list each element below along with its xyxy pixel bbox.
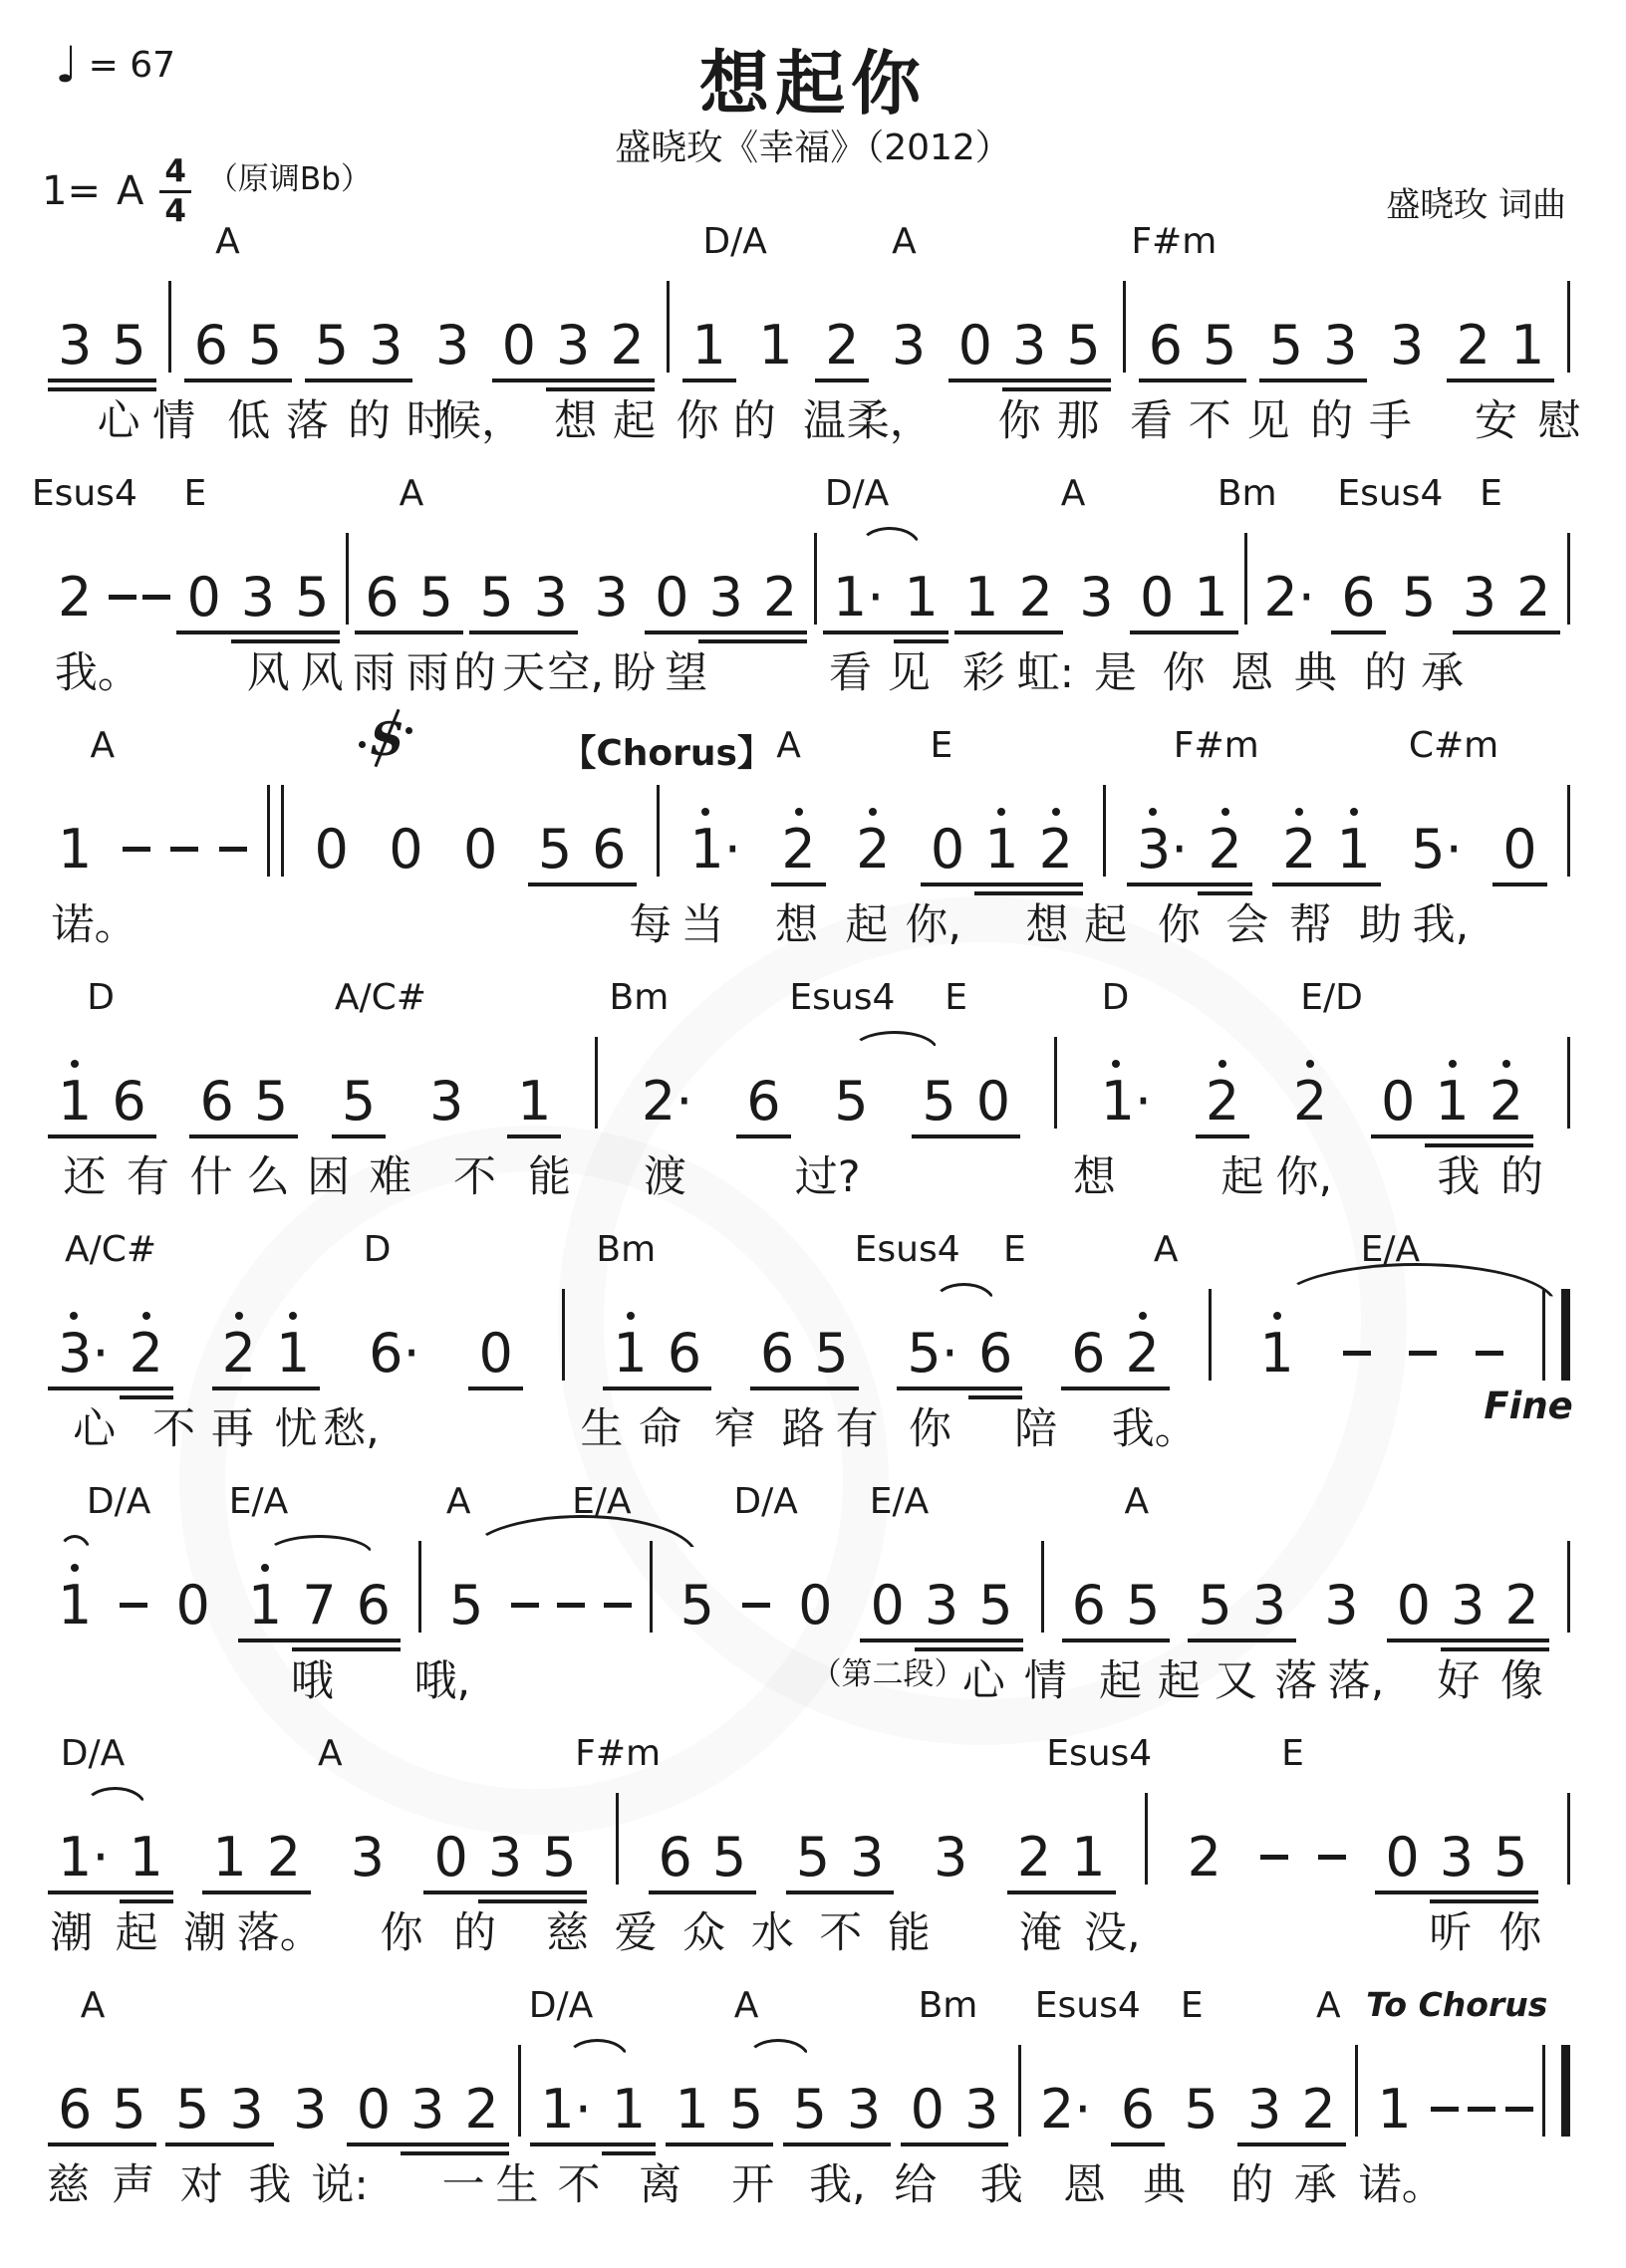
lyric-syllable: 典 xyxy=(1294,648,1337,700)
barline xyxy=(616,1793,619,1885)
note-number: 0 xyxy=(1502,818,1536,881)
lyric-syllable: 能 xyxy=(888,1908,931,1960)
note-number: 2 xyxy=(856,818,890,881)
chord-label: D/A xyxy=(61,1733,125,1774)
note-number: 1 xyxy=(613,1322,647,1385)
beam-group: 1 xyxy=(748,319,802,373)
note-token: 6 xyxy=(1062,1579,1116,1633)
chord-label: F#m xyxy=(1174,725,1259,766)
note-number: 2 xyxy=(222,1322,256,1385)
lyric-syllable: 想 xyxy=(1026,900,1069,952)
note-token: 2 xyxy=(120,1327,173,1381)
lyrics-row: 还有什么困难不能渡过?想起你,我的 xyxy=(0,1152,1626,1210)
note-number: 2 xyxy=(825,314,859,377)
lyric-syllable: 我 xyxy=(248,2160,291,2212)
note-number: 5 xyxy=(479,566,513,629)
chord-label: E/A xyxy=(229,1481,289,1522)
beam-group: 65 xyxy=(48,2083,156,2137)
note-token: 5 xyxy=(702,1831,756,1885)
duration-dash xyxy=(120,1579,147,1633)
barline xyxy=(1123,281,1126,373)
beam-group: 1· xyxy=(679,823,751,877)
music-system: AS【Chorus】AEF#mC#m1000561·220123·2215·0诺… xyxy=(0,725,1626,977)
lyric-syllable: 的 xyxy=(1500,1152,1543,1204)
beam-group: 2· xyxy=(1030,2083,1102,2137)
note-number: 2 xyxy=(610,314,644,377)
beam-group: 16 xyxy=(603,1327,711,1381)
note-number: 3 xyxy=(58,314,92,377)
note-number: 2 xyxy=(1504,1574,1538,1637)
note-token: 5 xyxy=(912,1075,965,1129)
beam-group: 1· xyxy=(1091,1075,1163,1129)
beam-group: 2 xyxy=(846,823,900,877)
note-token: 6 xyxy=(1111,2083,1165,2137)
beam-group: 0 xyxy=(468,1327,522,1381)
lyric-syllable: 你 xyxy=(1158,900,1201,952)
note-token: 2 xyxy=(771,823,825,877)
note-number: 3 xyxy=(488,1826,522,1889)
beam-group: 0 xyxy=(788,1579,842,1633)
chord-label: Esus4 xyxy=(1337,473,1443,514)
lyric-syllable: 有 xyxy=(127,1152,169,1204)
beam-group: 2 xyxy=(1178,1831,1231,1885)
section-tag: 【Chorus】 xyxy=(560,725,773,776)
note-token: 0 xyxy=(1371,1075,1425,1129)
beam-group: 32 xyxy=(1237,2083,1346,2137)
lyric-syllable: 承 xyxy=(1294,2160,1337,2212)
slur-arc xyxy=(566,2039,629,2059)
lyric-syllable: 盼 xyxy=(613,648,656,700)
note-number: 3 xyxy=(964,2078,998,2141)
note-token: 6 xyxy=(582,823,636,877)
note-number: 5 xyxy=(729,2078,763,2141)
note-number: 3 xyxy=(351,1826,385,1889)
note-number: 3 xyxy=(1252,1574,1286,1637)
lyric-syllable: 你 xyxy=(998,396,1041,448)
note-number: 0 xyxy=(433,1826,467,1889)
note-number: 3 xyxy=(925,1574,958,1637)
note-number: 6 xyxy=(1072,1574,1106,1637)
lyric-syllable: 起 xyxy=(1158,1656,1201,1708)
beam-group: 35 xyxy=(48,319,156,373)
lyric-syllable: 柔， xyxy=(847,396,933,448)
note-token: 5 xyxy=(1116,1579,1170,1633)
note-token: 6 xyxy=(355,571,408,625)
lyrics-row: 慈声对我说:一生不离开我,给我恩典的承诺。 xyxy=(0,2160,1626,2218)
barline xyxy=(168,281,171,373)
duration-dash xyxy=(1318,1831,1346,1885)
beam-group: 035 xyxy=(1375,1831,1537,1885)
note-number: 0 xyxy=(911,2078,945,2141)
note-number: 2 xyxy=(1206,1070,1239,1133)
note-token: 3 xyxy=(524,571,578,625)
note-number: 3 xyxy=(241,566,275,629)
lyric-syllable: 虹: xyxy=(1017,648,1075,700)
barline xyxy=(1103,785,1106,877)
beam-group: 3 xyxy=(1069,571,1123,625)
key-signature-row: 1= A 4 4 （原调Bb） xyxy=(42,155,372,227)
beam-group: 01 xyxy=(1130,571,1238,625)
note-token: 3 xyxy=(1242,1579,1296,1633)
beam-group: 21 xyxy=(1007,1831,1116,1885)
lyric-syllable: 典 xyxy=(1143,2160,1186,2212)
note-number: 0 xyxy=(186,566,220,629)
note-number: 0 xyxy=(357,2078,391,2141)
lyric-syllable: 你, xyxy=(905,900,961,952)
lyric-syllable: 诺。 xyxy=(52,900,137,952)
note-number: 1· xyxy=(58,1826,110,1889)
note-number: 6 xyxy=(365,566,399,629)
note-number: 5 xyxy=(542,1826,576,1889)
lyric-syllable: 难 xyxy=(369,1152,411,1204)
note-number: 6 xyxy=(746,1070,780,1133)
note-token: 3 xyxy=(584,571,638,625)
note-token: 6 xyxy=(347,1579,401,1633)
note-token: 1· xyxy=(679,823,751,877)
note-number: 1 xyxy=(984,818,1018,881)
barline xyxy=(657,785,660,877)
chord-label: E xyxy=(183,473,206,514)
beam-group: 1 xyxy=(1367,2083,1421,2137)
chord-label: D/A xyxy=(825,473,889,514)
barline xyxy=(346,533,349,625)
lyric-syllable: 恩 xyxy=(1063,2160,1106,2212)
lyric-syllable: 的 xyxy=(1310,396,1353,448)
note-token: 3 xyxy=(425,319,479,373)
chord-label: A xyxy=(1124,1481,1149,1522)
beam-group: 2 xyxy=(815,319,869,373)
lyric-syllable: 你 xyxy=(1498,1908,1541,1960)
barline xyxy=(1018,2045,1021,2137)
note-number: 3 xyxy=(934,1826,967,1889)
note-number: 3 xyxy=(708,566,742,629)
lyric-syllable: 彩 xyxy=(962,648,1005,700)
note-token: 6 xyxy=(736,1075,790,1129)
beam-group: 65 xyxy=(189,1075,298,1129)
note-number: 2 xyxy=(464,2078,498,2141)
note-number: 5 xyxy=(712,1826,746,1889)
lyric-syllable: 慈 xyxy=(546,1908,589,1960)
note-token: 2 xyxy=(212,1327,266,1381)
note-number: 1 xyxy=(248,1574,282,1637)
note-token: 1 xyxy=(894,571,948,625)
note-number: 5 xyxy=(1126,1574,1160,1637)
lyric-syllable: 的 xyxy=(733,396,776,448)
chord-label: E xyxy=(931,725,953,766)
lyrics-row: 心不再忧愁,生命窄路有你陪我。 xyxy=(0,1404,1626,1462)
octave-dot xyxy=(997,808,1005,816)
octave-dot xyxy=(869,808,877,816)
slur-arc xyxy=(851,1031,939,1051)
lyric-syllable: 我, xyxy=(1413,900,1470,952)
note-number: 5 xyxy=(419,566,453,629)
beam-group: 3 xyxy=(1380,319,1434,373)
music-system: D/AE/AAE/AD/AE/AA1017655003565533032哦哦,（… xyxy=(0,1481,1626,1733)
note-token: 1 xyxy=(48,1579,102,1633)
note-number: 0 xyxy=(1140,566,1174,629)
note-token: 5 xyxy=(1484,1831,1537,1885)
note-number: 0 xyxy=(976,1070,1010,1133)
note-number: 1· xyxy=(689,818,741,881)
note-token: 2 xyxy=(1009,571,1063,625)
lyric-syllable: 生 xyxy=(580,1404,623,1456)
note-token: 1· xyxy=(823,571,895,625)
note-token: 2 xyxy=(753,571,807,625)
lyric-syllable: 诺。 xyxy=(1359,2160,1445,2212)
chord-row: AD/AABmEsus4EATo Chorus xyxy=(0,1985,1626,2027)
note-token: 1 xyxy=(1500,319,1554,373)
note-token: 2 xyxy=(257,1831,311,1885)
beam-group: 65 xyxy=(750,1327,859,1381)
lyric-syllable: 你 xyxy=(909,1404,951,1456)
note-number: 1 xyxy=(1259,1322,1293,1385)
barline xyxy=(1054,1037,1057,1129)
duration-dash xyxy=(1409,1327,1437,1381)
note-number: 5 xyxy=(680,1574,714,1637)
chord-label: A xyxy=(776,725,801,766)
note-token: 1 xyxy=(602,2083,656,2137)
lyric-syllable: 那 xyxy=(1057,396,1100,448)
chord-label: D/A xyxy=(87,1481,150,1522)
lyric-syllable: 起 xyxy=(845,900,888,952)
duration-dash xyxy=(1431,2083,1459,2137)
notes-row: 1·112303565533212035 xyxy=(48,1785,1570,1885)
note-number: 5 xyxy=(1493,1826,1527,1889)
note-token: 1 xyxy=(1367,2083,1421,2137)
lyric-syllable: 帮 xyxy=(1289,900,1332,952)
note-number: 6 xyxy=(978,1322,1012,1385)
note-token: 5 xyxy=(1259,319,1313,373)
octave-dot xyxy=(1052,808,1060,816)
note-token: 3 xyxy=(915,1579,968,1633)
lyric-syllable: 能 xyxy=(528,1152,571,1204)
slur-arc xyxy=(746,2039,810,2059)
lyric-syllable: 会 xyxy=(1225,900,1268,952)
note-number: 5 xyxy=(834,1070,868,1133)
chord-label: A xyxy=(215,221,240,262)
note-number: 3· xyxy=(58,1322,110,1385)
chord-label: A xyxy=(1316,1985,1341,2026)
note-token: 3 xyxy=(882,319,936,373)
barline xyxy=(595,1037,598,1129)
note-number: 3 xyxy=(1247,2078,1281,2141)
lyric-syllable: 给 xyxy=(894,2160,937,2212)
chord-row: Esus4EAD/AABmEsus4E xyxy=(0,473,1626,515)
note-number: 1 xyxy=(1435,1070,1469,1133)
octave-dot xyxy=(235,1312,243,1320)
lyric-syllable: 再 xyxy=(211,1404,254,1456)
note-number: 3 xyxy=(1323,314,1357,377)
note-number: 3 xyxy=(850,1826,884,1889)
note-token: 1 xyxy=(1425,1075,1479,1129)
note-number: 2 xyxy=(267,1826,301,1889)
lyric-syllable: 不 xyxy=(453,1152,496,1204)
lyric-syllable: 望 xyxy=(665,648,707,700)
fine-label: Fine xyxy=(1484,1385,1572,1427)
music-systems: AD/AAF#m356553303211230356553321心情低落的时候，… xyxy=(0,221,1626,2237)
beam-group: 3 xyxy=(584,571,638,625)
chord-label: A xyxy=(1154,1229,1179,1270)
lyric-syllable: 想 xyxy=(554,396,597,448)
octave-dot xyxy=(701,808,709,816)
note-number: 6 xyxy=(58,2078,92,2141)
note-token: 0 xyxy=(1130,571,1184,625)
note-token: 3· xyxy=(48,1327,120,1381)
duration-dash xyxy=(1468,2083,1495,2137)
chord-label: D xyxy=(364,1229,392,1270)
slur-arc xyxy=(933,1283,995,1303)
music-system: DA/C#BmEsus4EDE/D16655312·65501·22012还有什… xyxy=(0,977,1626,1229)
beam-group: 012 xyxy=(1371,1075,1533,1129)
octave-dot xyxy=(1449,1060,1457,1068)
lyric-syllable: 慰 xyxy=(1538,396,1581,448)
beam-group: 12 xyxy=(202,1831,311,1885)
note-token: 6 xyxy=(184,319,238,373)
note-token: 6· xyxy=(359,1327,430,1381)
note-token: 0 xyxy=(453,823,507,877)
lyric-syllable: 起 xyxy=(1220,1152,1263,1204)
chord-label: Bm xyxy=(609,977,669,1018)
note-number: 5 xyxy=(342,1070,376,1133)
note-token: 5 xyxy=(165,2083,219,2137)
segno-icon: S xyxy=(371,711,401,767)
beam-group: 5 xyxy=(671,1579,724,1633)
beam-group: 6 xyxy=(1111,2083,1165,2137)
note-number: 5 xyxy=(1184,2078,1218,2141)
note-token: 1 xyxy=(748,319,802,373)
to-chorus-label: To Chorus xyxy=(1366,1985,1547,2024)
note-number: 7 xyxy=(302,1574,336,1637)
note-token: 2 xyxy=(1291,2083,1345,2137)
note-token: 0 xyxy=(423,1831,477,1885)
note-token: 2 xyxy=(1494,1579,1548,1633)
music-system: D/AAF#mEsus4E1·112303565533212035潮起潮落。你的… xyxy=(0,1733,1626,1985)
beam-group: 3 xyxy=(1314,1579,1368,1633)
note-number: 5 xyxy=(248,314,282,377)
lyrics-row: 潮起潮落。你的慈爱众水不能淹没,听你 xyxy=(0,1908,1626,1966)
note-number: 6 xyxy=(1071,1322,1105,1385)
note-number: 6 xyxy=(659,1826,692,1889)
sheet-music-page: ♩ = 67 想起你 盛晓玫《幸福》（2012） 1= A 4 4 （原调Bb）… xyxy=(0,0,1626,2268)
chord-label: A xyxy=(1061,473,1086,514)
lyric-syllable: 起 xyxy=(116,1908,158,1960)
beam-group: 5· xyxy=(1401,823,1473,877)
lyric-syllable: 声 xyxy=(112,2160,154,2212)
note-token: 3 xyxy=(478,1831,532,1885)
lyric-syllable: 又 xyxy=(1215,1656,1257,1708)
slur-arc xyxy=(58,1535,92,1555)
note-number: 0 xyxy=(931,818,964,881)
beam-group: 3·2 xyxy=(1127,823,1252,877)
lyrics-row: 诺。每当想起你,想起你会帮助我, xyxy=(0,900,1626,958)
note-token: 5· xyxy=(897,1327,968,1381)
note-number: 3 xyxy=(429,1070,463,1133)
octave-dot xyxy=(627,1312,635,1320)
duration-dash xyxy=(170,823,198,877)
lyric-syllable: 你 xyxy=(381,1908,423,1960)
note-number: 3 xyxy=(1079,566,1113,629)
note-token: 0 xyxy=(966,1075,1020,1129)
lyric-syllable: 落, xyxy=(1328,1656,1385,1708)
beam-group: 032 xyxy=(347,2083,509,2137)
note-token: 2 xyxy=(846,823,900,877)
barline xyxy=(518,2045,521,2137)
note-token: 5 xyxy=(285,571,339,625)
lyric-syllable: 哦 xyxy=(291,1656,334,1708)
note-token: 3 xyxy=(698,571,752,625)
octave-dot xyxy=(795,808,803,816)
note-token: 0 xyxy=(379,823,432,877)
note-token: 3 xyxy=(48,319,102,373)
note-token: 3 xyxy=(341,1831,395,1885)
beam-group: 53 xyxy=(786,1831,895,1885)
note-number: 1 xyxy=(612,2078,646,2141)
note-token: 5 xyxy=(305,319,359,373)
note-token: 1 xyxy=(202,1831,256,1885)
note-token: 1 xyxy=(238,1579,292,1633)
notes-row: 356553303211230356553321 xyxy=(48,273,1570,373)
note-number: 1· xyxy=(1101,1070,1153,1133)
note-number: 2 xyxy=(130,1322,163,1385)
note-token: 2 xyxy=(600,319,654,373)
note-token: 5 xyxy=(102,319,155,373)
note-number: 1· xyxy=(833,566,885,629)
note-number: 5 xyxy=(112,314,145,377)
lyric-syllable: 我。 xyxy=(1112,1404,1198,1456)
beam-group: 1·1 xyxy=(48,1831,173,1885)
lyric-syllable: 的 xyxy=(1230,2160,1273,2212)
note-token: 3 xyxy=(401,2083,454,2137)
note-token: 6 xyxy=(189,1075,243,1129)
note-number: 3 xyxy=(1012,314,1046,377)
note-number: 5 xyxy=(254,1070,288,1133)
beam-group: 65 xyxy=(355,571,463,625)
lyric-syllable: 低 xyxy=(227,396,270,448)
note-token: 5 xyxy=(102,2083,155,2137)
page-title: 想起你 xyxy=(0,28,1626,128)
lyric-syllable: 的 xyxy=(453,648,496,700)
note-number: 1 xyxy=(58,1574,92,1637)
beam-group: 65 xyxy=(649,1831,757,1885)
octave-dot xyxy=(71,1564,79,1572)
note-number: 5 xyxy=(449,1574,483,1637)
lyric-syllable: 不 xyxy=(152,1404,195,1456)
note-token: 3 xyxy=(546,319,600,373)
beam-group: 1 xyxy=(1249,1327,1303,1381)
note-token: 0 xyxy=(304,823,358,877)
note-number: 2· xyxy=(1040,2078,1092,2141)
barline xyxy=(1041,1541,1044,1633)
note-number: 3 xyxy=(1463,566,1496,629)
lyric-syllable: 情 xyxy=(1024,1656,1067,1708)
note-number: 2 xyxy=(1125,1322,1159,1385)
octave-dot xyxy=(1502,1060,1510,1068)
note-token: 3 xyxy=(1380,319,1434,373)
double-barline xyxy=(267,785,284,877)
barline xyxy=(1355,2045,1358,2137)
chord-row: D/AE/AAE/AD/AE/AA xyxy=(0,1481,1626,1523)
lyric-syllable: 还 xyxy=(63,1152,106,1204)
note-number: 1 xyxy=(58,818,92,881)
note-number: 0 xyxy=(655,566,688,629)
note-number: 0 xyxy=(389,818,422,881)
note-number: 2 xyxy=(781,818,815,881)
chord-label: Bm xyxy=(1218,473,1277,514)
lyric-syllable: 我。 xyxy=(55,648,140,700)
chord-label: E xyxy=(1003,1229,1026,1270)
lyric-syllable: 生 xyxy=(495,2160,538,2212)
note-number: 3 xyxy=(1440,1826,1474,1889)
